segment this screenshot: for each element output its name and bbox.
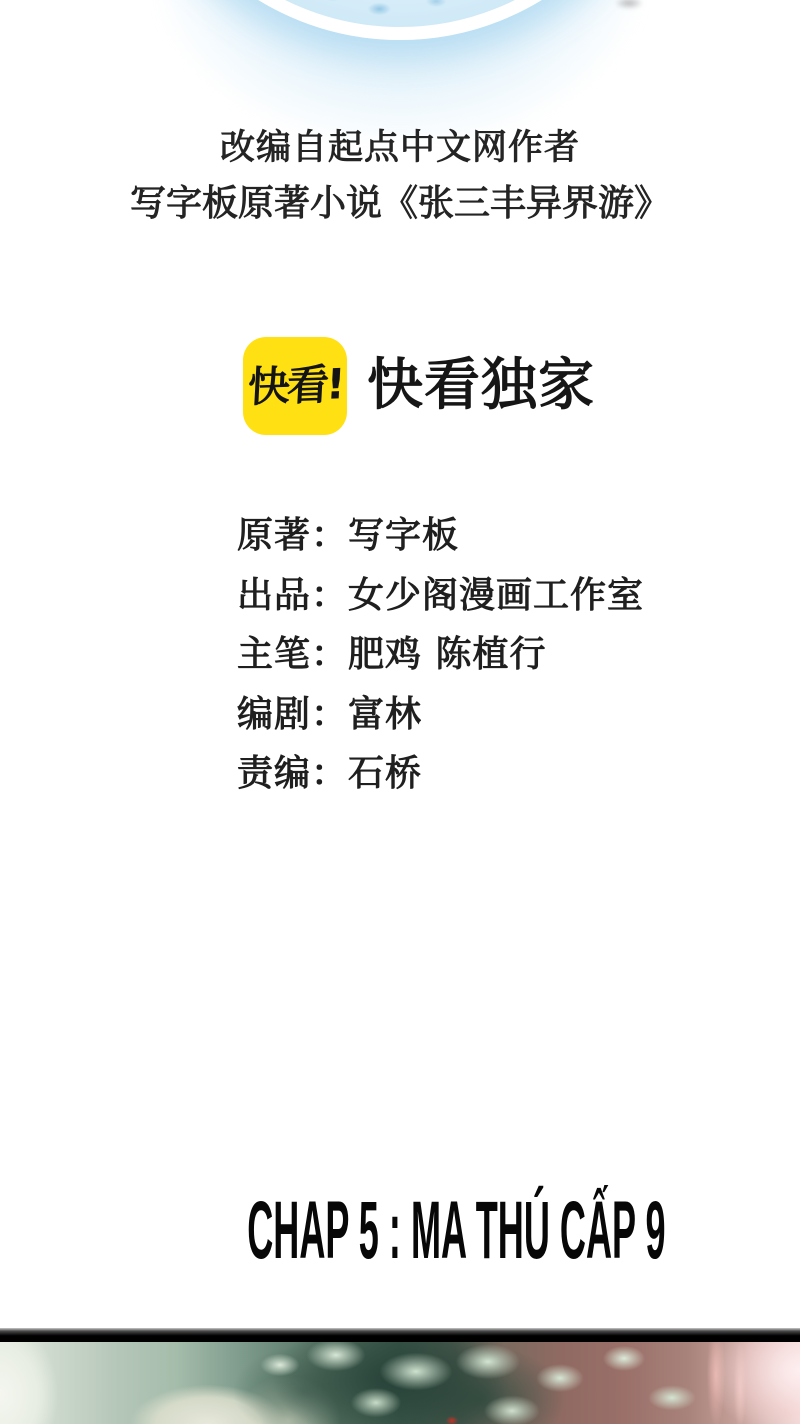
credit-row-scriptwriter: 编剧：富林 xyxy=(237,685,644,745)
credit-name: 富林 xyxy=(348,694,422,735)
credit-name: 肥鸡 陈植行 xyxy=(348,634,547,675)
credit-name: 写字板 xyxy=(348,515,459,556)
corner-smudge xyxy=(610,0,648,11)
chapter-title: CHAP 5 : MA THÚ CẤP 9 xyxy=(0,1190,781,1272)
credit-name: 石桥 xyxy=(348,753,422,794)
comic-credits-page: 改编自起点中文网作者 写字板原著小说《张三丰异界游》 快看! 快看独家 原著：写… xyxy=(0,0,800,1424)
credit-row-lead-artist: 主笔：肥鸡 陈植行 xyxy=(237,625,644,685)
panel-divider-bar xyxy=(0,1328,800,1342)
attribution-line-1: 改编自起点中文网作者 xyxy=(0,131,800,166)
credit-row-original-author: 原著：写字板 xyxy=(237,506,644,566)
credit-role-label: 原著： xyxy=(237,515,348,556)
publisher-lockup: 快看! 快看独家 xyxy=(243,337,595,435)
attribution-line-2: 写字板原著小说《张三丰异界游》 xyxy=(0,186,800,222)
credit-row-editor: 责编：石桥 xyxy=(237,744,644,804)
credit-role-label: 编剧： xyxy=(237,694,348,735)
credits-list: 原著：写字板 出品：女少阁漫画工作室 主笔：肥鸡 陈植行 编剧：富林 责编：石桥 xyxy=(237,506,644,804)
credit-role-label: 出品： xyxy=(237,575,348,616)
chapter-title-text: CHAP 5 : MA THÚ CẤP 9 xyxy=(247,1190,665,1272)
credit-role-label: 主笔： xyxy=(237,634,348,675)
kuaikan-logo-badge-text: 快看! xyxy=(247,363,344,408)
landscape-panel-art xyxy=(0,1342,800,1424)
kuaikan-exclusive-logotype: 快看独家 xyxy=(367,358,595,414)
kuaikan-logo-badge: 快看! xyxy=(243,337,347,435)
credit-role-label: 责编： xyxy=(237,753,348,794)
credit-name: 女少阁漫画工作室 xyxy=(348,575,644,616)
credit-row-producer: 出品：女少阁漫画工作室 xyxy=(237,566,644,626)
